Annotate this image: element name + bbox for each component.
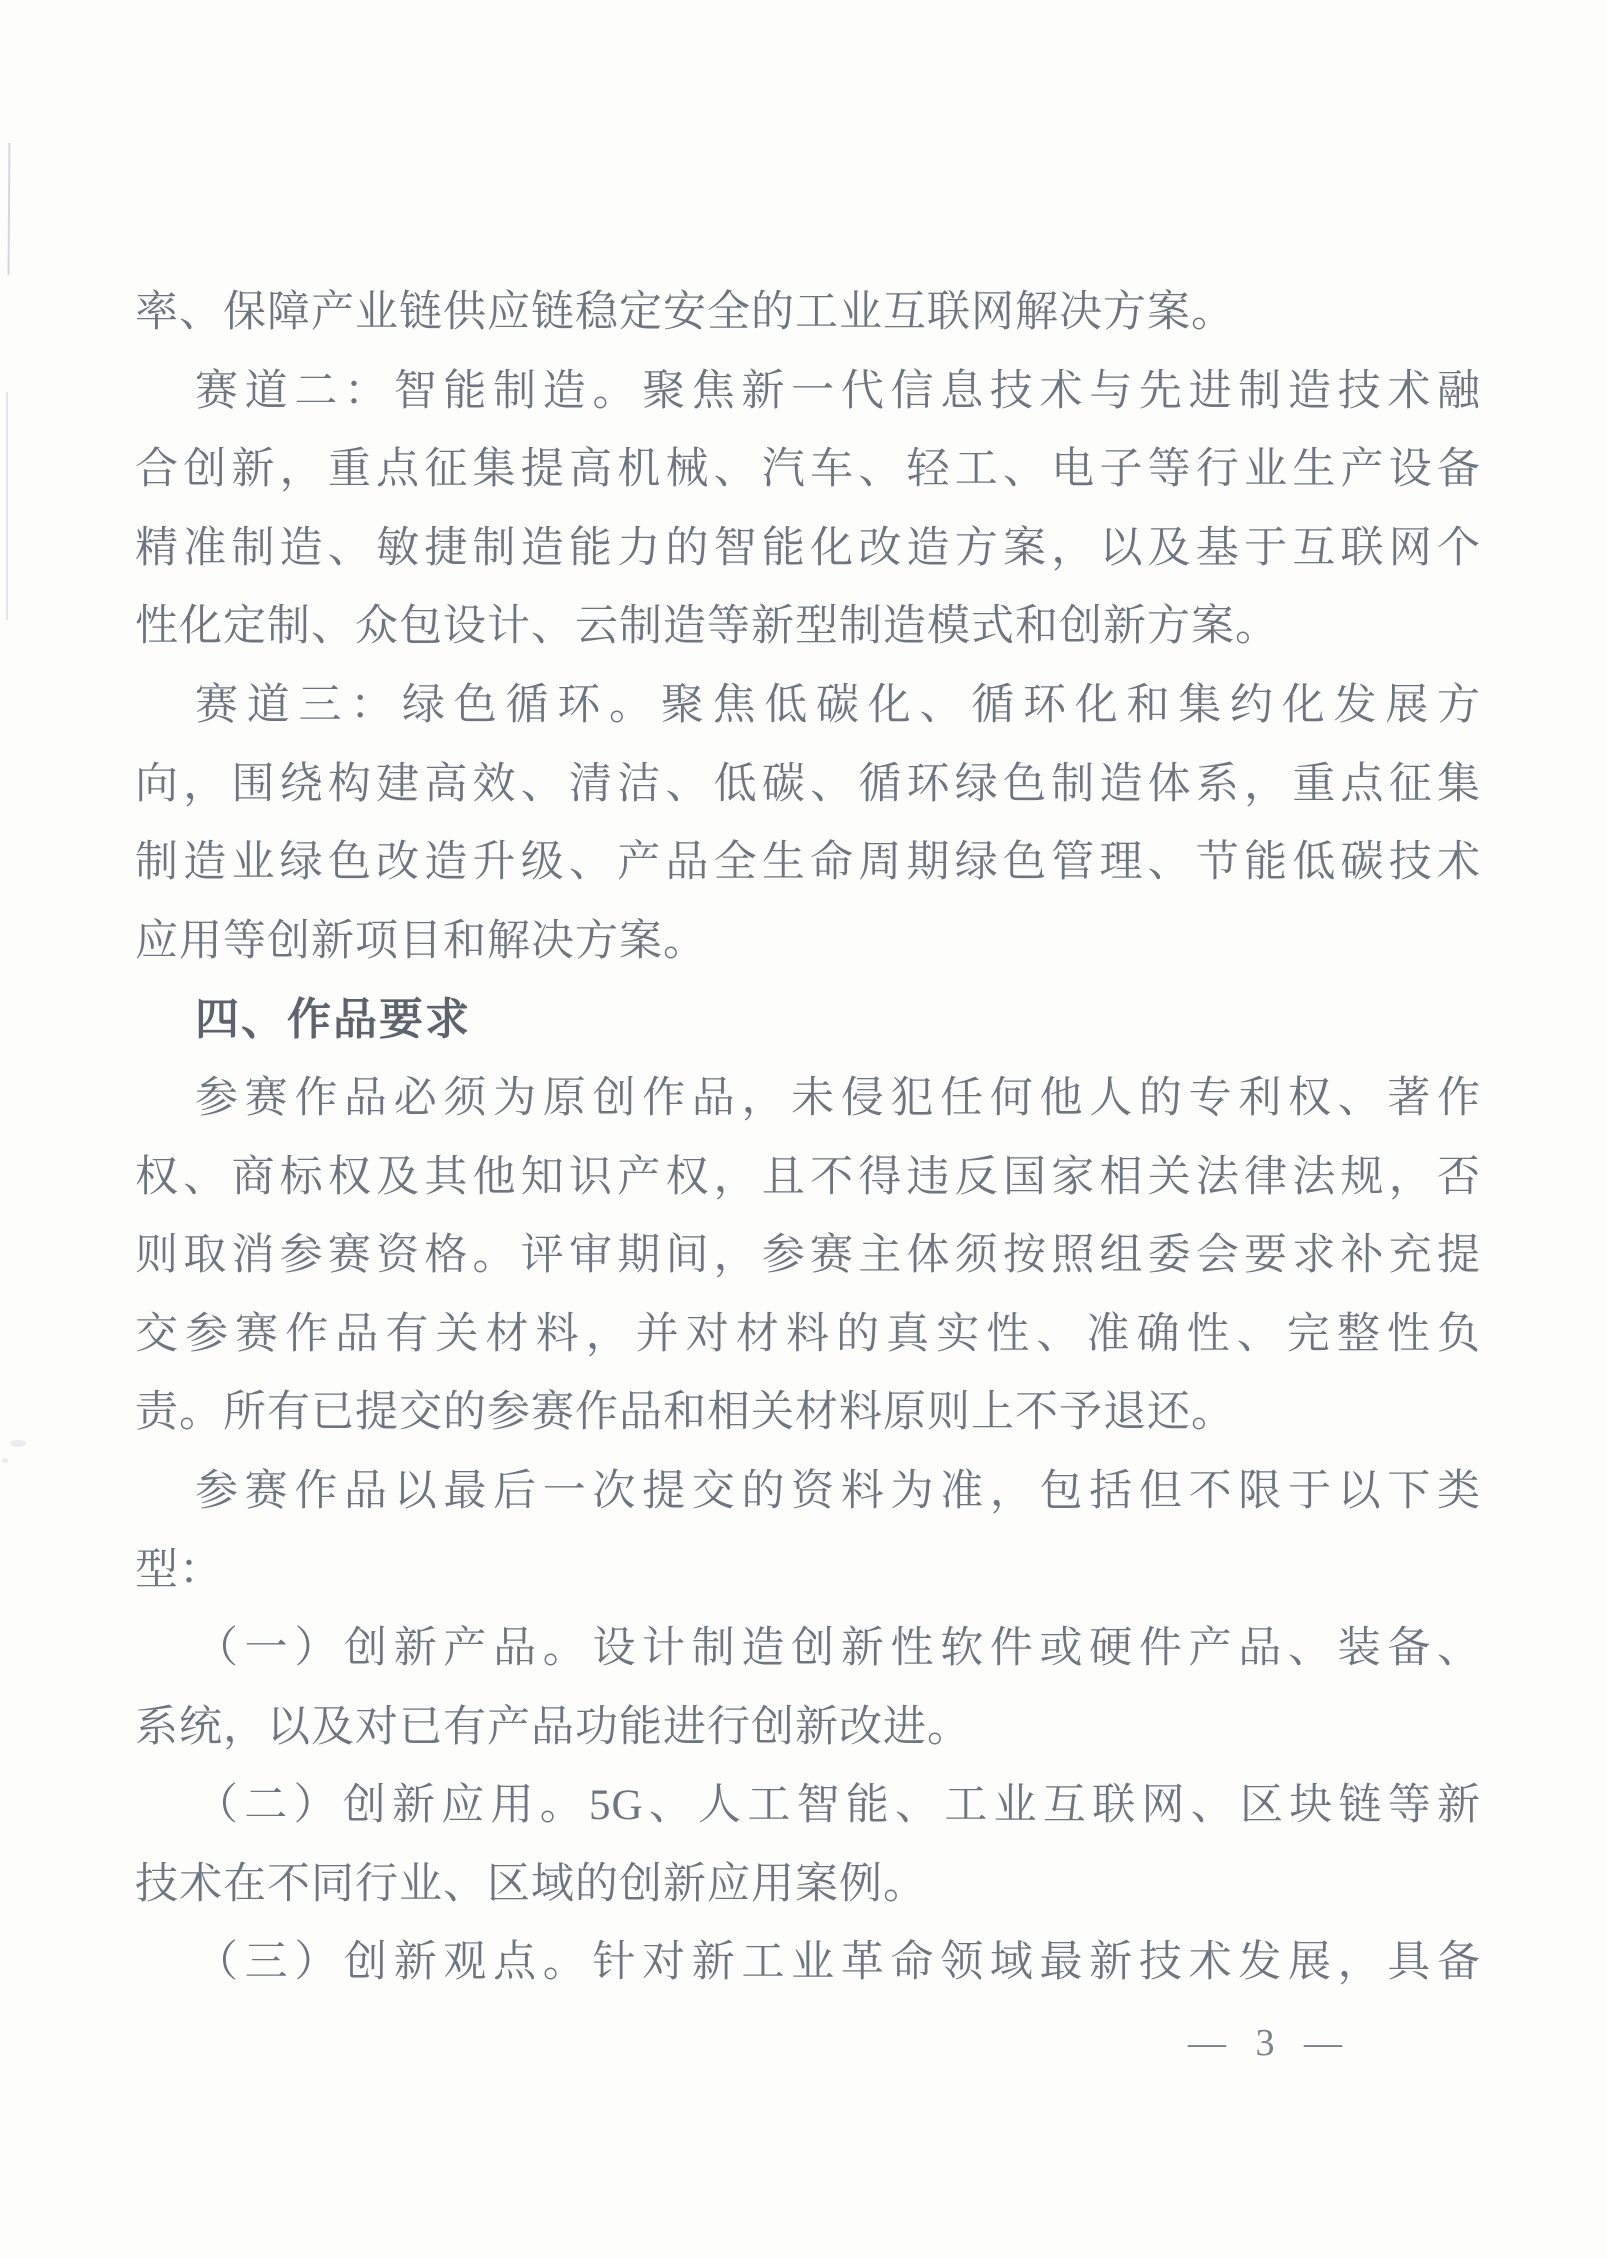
text-line: 参赛作品以最后一次提交的资料为准，包括但不限于以下类 bbox=[135, 1453, 1481, 1532]
text-line: 交参赛作品有关材料，并对材料的真实性、准确性、完整性负 bbox=[135, 1296, 1481, 1375]
text-line: 责。所有已提交的参赛作品和相关材料原则上不予退还。 bbox=[135, 1374, 1481, 1453]
text-line: 赛道三：绿色循环。聚焦低碳化、循环化和集约化发展方 bbox=[135, 667, 1481, 746]
document-body: 率、保障产业链供应链稳定安全的工业互联网解决方案。 赛道二：智能制造。聚焦新一代… bbox=[135, 274, 1481, 2003]
text-line: 合创新，重点征集提高机械、汽车、轻工、电子等行业生产设备 bbox=[135, 431, 1481, 510]
text-line: 率、保障产业链供应链稳定安全的工业互联网解决方案。 bbox=[135, 274, 1481, 353]
text-line: 则取消参赛资格。评审期间，参赛主体须按照组委会要求补充提 bbox=[135, 1217, 1481, 1296]
text-line: （一）创新产品。设计制造创新性软件或硬件产品、装备、 bbox=[135, 1610, 1481, 1689]
text-line: 型： bbox=[135, 1532, 1481, 1611]
text-line: 参赛作品必须为原创作品，未侵犯任何他人的专利权、著作 bbox=[135, 1060, 1481, 1139]
scan-artifact-line bbox=[8, 143, 11, 275]
text-line: 应用等创新项目和解决方案。 bbox=[135, 903, 1481, 982]
text-line: 性化定制、众包设计、云制造等新型制造模式和创新方案。 bbox=[135, 588, 1481, 667]
text-line: 赛道二：智能制造。聚焦新一代信息技术与先进制造技术融 bbox=[135, 353, 1481, 432]
text-line: （二）创新应用。5G、人工智能、工业互联网、区块链等新 bbox=[135, 1767, 1481, 1846]
scan-artifact-smudge bbox=[2, 1458, 8, 1463]
section-heading: 四、作品要求 bbox=[135, 981, 1481, 1060]
scanned-document-page: 率、保障产业链供应链稳定安全的工业互联网解决方案。 赛道二：智能制造。聚焦新一代… bbox=[0, 0, 1607, 2258]
page-number: — 3 — bbox=[1170, 2004, 1370, 2082]
text-line: 制造业绿色改造升级、产品全生命周期绿色管理、节能低碳技术 bbox=[135, 824, 1481, 903]
text-line: （三）创新观点。针对新工业革命领域最新技术发展，具备 bbox=[135, 1924, 1481, 2003]
scan-artifact-line bbox=[6, 392, 8, 620]
scan-artifact-smudge bbox=[10, 1440, 26, 1447]
text-line: 精准制造、敏捷制造能力的智能化改造方案，以及基于互联网个 bbox=[135, 510, 1481, 589]
text-line: 权、商标权及其他知识产权，且不得违反国家相关法律法规，否 bbox=[135, 1139, 1481, 1218]
text-line: 向，围绕构建高效、清洁、低碳、循环绿色制造体系，重点征集 bbox=[135, 746, 1481, 825]
text-line: 系统，以及对已有产品功能进行创新改进。 bbox=[135, 1689, 1481, 1768]
text-line: 技术在不同行业、区域的创新应用案例。 bbox=[135, 1846, 1481, 1925]
